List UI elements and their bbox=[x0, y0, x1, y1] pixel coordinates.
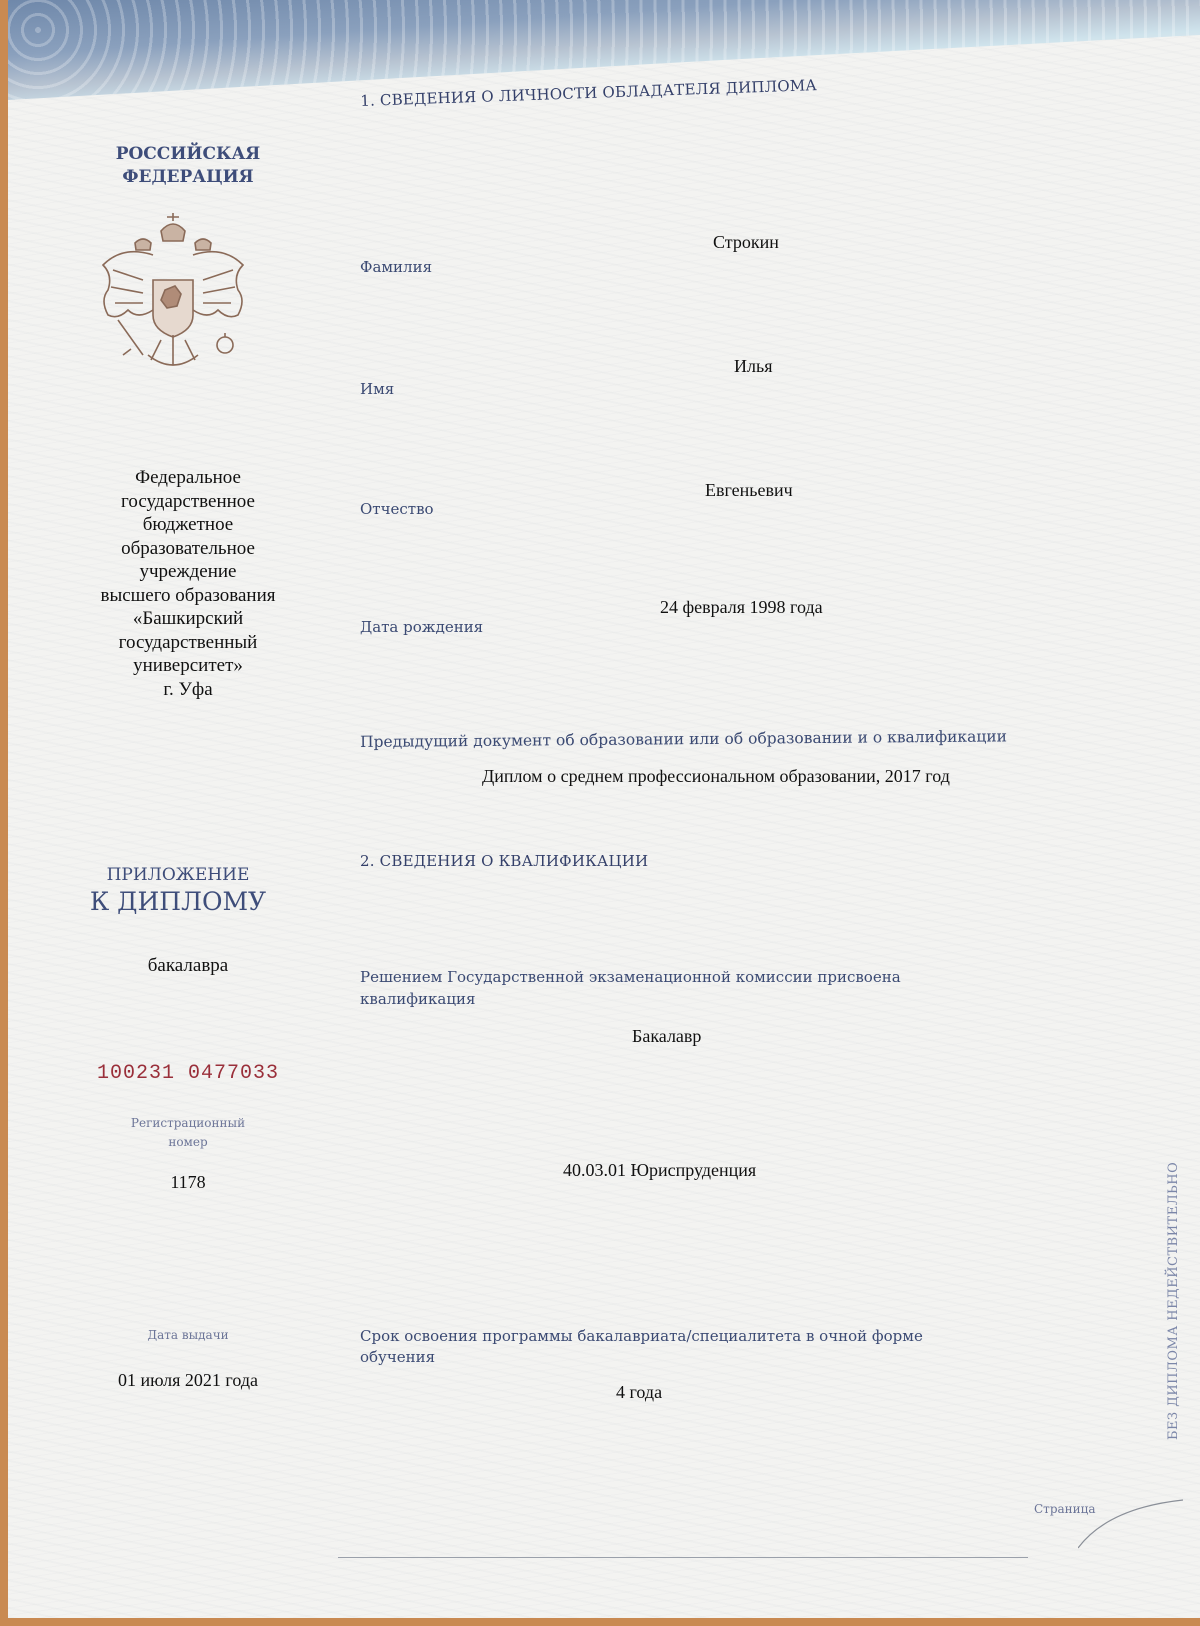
patronymic-label: Отчество bbox=[360, 500, 434, 518]
issue-date-label: Дата выдачи bbox=[68, 1328, 308, 1342]
specialty-value: 40.03.01 Юриспруденция bbox=[563, 1160, 756, 1181]
appendix-line-2: К ДИПЛОМУ bbox=[58, 886, 298, 918]
page-fold-line-icon bbox=[1078, 1490, 1188, 1550]
birth-date-value: 24 февраля 1998 года bbox=[660, 597, 823, 618]
country-line-2: ФЕДЕРАЦИЯ bbox=[68, 166, 308, 189]
section-1-title: 1. СВЕДЕНИЯ О ЛИЧНОСТИ ОБЛАДАТЕЛЯ ДИПЛОМ… bbox=[360, 76, 817, 110]
diploma-appendix-page: РОССИЙСКАЯ ФЕДЕРАЦИЯ Федеральное государ… bbox=[8, 0, 1200, 1618]
institution-name: Федеральное государственное бюджетное об… bbox=[68, 466, 308, 701]
institution-line: образовательное bbox=[68, 537, 308, 561]
institution-line: высшего образования bbox=[68, 584, 308, 608]
previous-document-label: Предыдущий документ об образовании или о… bbox=[360, 727, 1007, 751]
reg-label-line-1: Регистрационный bbox=[68, 1114, 308, 1133]
qualification-label-line-2: квалификация bbox=[360, 988, 901, 1010]
country-line-1: РОССИЙСКАЯ bbox=[68, 143, 308, 166]
qualification-label-line-1: Решением Государственной экзаменационной… bbox=[360, 966, 901, 988]
qualification-value: Бакалавр bbox=[632, 1026, 701, 1047]
institution-line: государственное bbox=[68, 490, 308, 514]
study-duration-label: Срок освоения программы бакалавриата/спе… bbox=[360, 1326, 923, 1368]
previous-document-value: Диплом о среднем профессиональном образо… bbox=[482, 766, 950, 787]
study-duration-value: 4 года bbox=[616, 1382, 662, 1403]
vertical-validity-notice: БЕЗ ДИПЛОМА НЕДЕЙСТВИТЕЛЬНО bbox=[1166, 1162, 1181, 1440]
degree-level: бакалавра bbox=[68, 955, 308, 977]
surname-value: Строкин bbox=[713, 232, 779, 253]
coat-of-arms-icon bbox=[93, 205, 253, 380]
country-name: РОССИЙСКАЯ ФЕДЕРАЦИЯ bbox=[68, 143, 308, 189]
institution-line: г. Уфа bbox=[68, 678, 308, 702]
registration-number: 1178 bbox=[68, 1172, 308, 1193]
birth-date-label: Дата рождения bbox=[360, 618, 483, 636]
appendix-title: ПРИЛОЖЕНИЕ К ДИПЛОМУ bbox=[58, 864, 298, 918]
institution-line: бюджетное bbox=[68, 513, 308, 537]
institution-line: Федеральное bbox=[68, 466, 308, 490]
duration-label-line-2: обучения bbox=[360, 1347, 923, 1368]
page-label: Страница bbox=[1034, 1502, 1096, 1516]
section-2-title: 2. СВЕДЕНИЯ О КВАЛИФИКАЦИИ bbox=[360, 852, 648, 870]
bottom-divider bbox=[338, 1557, 1028, 1558]
registration-number-label: Регистрационный номер bbox=[68, 1114, 308, 1152]
issue-date: 01 июля 2021 года bbox=[68, 1370, 308, 1391]
duration-label-line-1: Срок освоения программы бакалавриата/спе… bbox=[360, 1326, 923, 1347]
reg-label-line-2: номер bbox=[68, 1133, 308, 1152]
appendix-line-1: ПРИЛОЖЕНИЕ bbox=[58, 864, 298, 886]
name-value: Илья bbox=[734, 356, 772, 377]
institution-line: университет» bbox=[68, 654, 308, 678]
surname-label: Фамилия bbox=[360, 258, 432, 276]
institution-line: государственный bbox=[68, 631, 308, 655]
institution-line: «Башкирский bbox=[68, 607, 308, 631]
name-label: Имя bbox=[360, 380, 394, 398]
qualification-label: Решением Государственной экзаменационной… bbox=[360, 966, 901, 1010]
patronymic-value: Евгеньевич bbox=[705, 480, 793, 501]
serial-number: 100231 0477033 bbox=[63, 1062, 313, 1085]
institution-line: учреждение bbox=[68, 560, 308, 584]
